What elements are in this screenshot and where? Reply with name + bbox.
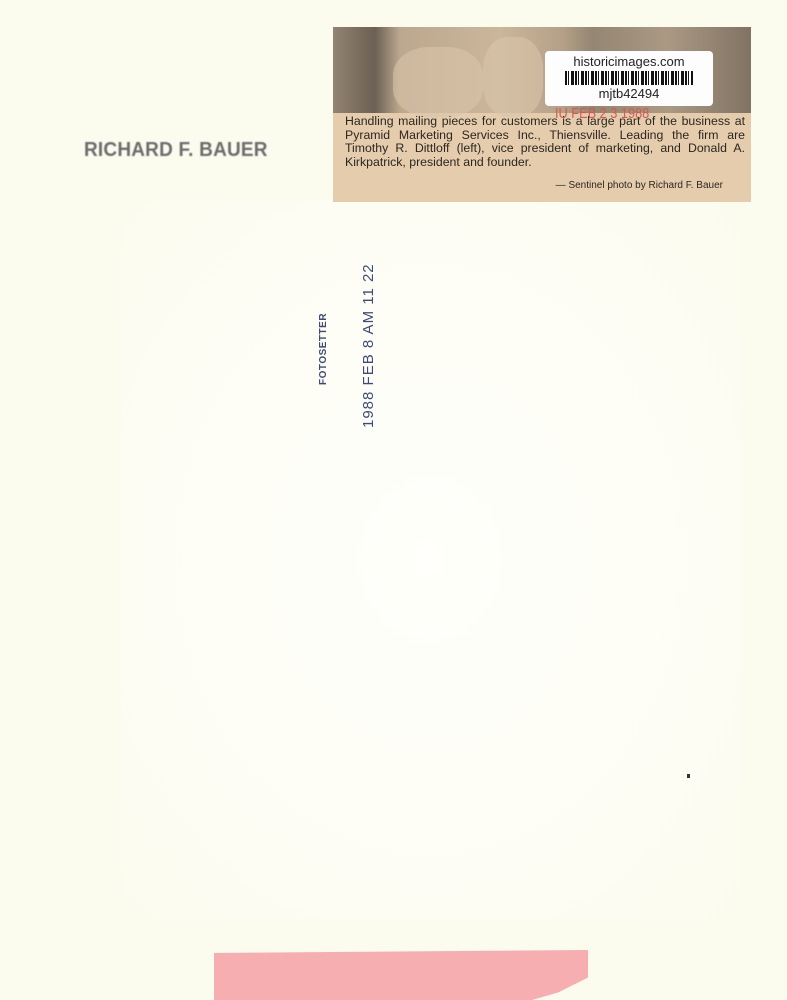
fotosetter-stamp: FOTOSETTER (318, 313, 329, 385)
barcode-icon (565, 71, 693, 85)
photo-credit: — Sentinel photo by Richard F. Bauer (556, 180, 723, 191)
pink-tape (214, 950, 588, 1000)
photo-back-paper (120, 200, 740, 920)
label-site: historicimages.com (545, 54, 713, 69)
photographer-stamp: RICHARD F. BAUER (84, 139, 268, 162)
newspaper-clipping: historicimages.com mjtb42494 IU FEB 2 3 … (333, 27, 751, 202)
clipping-caption: Handling mailing pieces for customers is… (345, 115, 745, 169)
archive-label: historicimages.com mjtb42494 (545, 51, 713, 106)
label-id: mjtb42494 (545, 86, 713, 101)
ink-mark (687, 774, 690, 778)
received-stamp: 1988 FEB 8 AM 11 22 (360, 263, 377, 428)
